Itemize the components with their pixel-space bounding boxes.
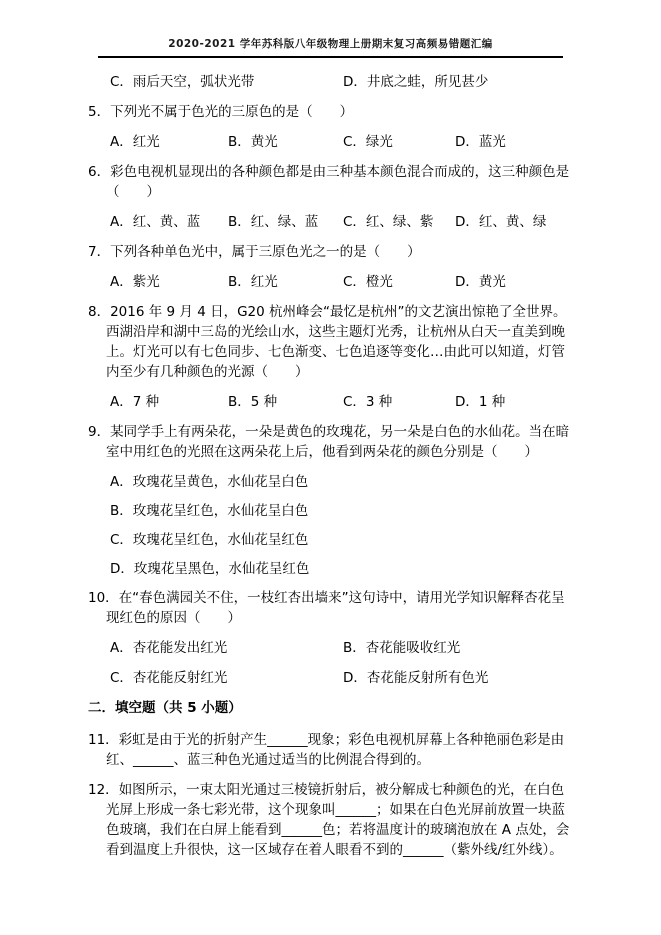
question-10-option-b: B．杏花能吸收红光 xyxy=(343,638,576,658)
question-6-option-a: A．红、黄、蓝 xyxy=(110,212,228,232)
question-8-option-b: B．5 种 xyxy=(228,392,343,412)
question-5-option-a: A．红光 xyxy=(110,132,228,152)
page-header-area: 2020-2021 学年苏科版八年级物理上册期末复习高频易错题汇编 xyxy=(0,0,661,58)
question-7-text: 下列各种单色光中，属于三原色光之一的是（ ） xyxy=(110,244,421,260)
question-9: 9．某同学手上有两朵花，一朵是黄色的玫瑰花，另一朵是白色的水仙花。当在暗室中用红… xyxy=(88,422,576,462)
question-6-text: 彩色电视机显现出的各种颜色都是由三种基本颜色混合而成的，这三种颜色是（ ） xyxy=(106,164,569,200)
question-7-option-d: D．黄光 xyxy=(455,272,576,292)
question-5-option-c: C．绿光 xyxy=(343,132,455,152)
question-10-options-row-1: A．杏花能发出红光 B．杏花能吸收红光 xyxy=(88,638,576,658)
question-9-option-d: D．玫瑰花呈黑色，水仙花呈红色 xyxy=(88,559,576,579)
question-8: 8．2016 年 9 月 4 日，G20 杭州峰会“最忆是杭州”的文艺演出惊艳了… xyxy=(88,302,576,382)
question-5-number: 5． xyxy=(88,104,110,120)
question-12-number: 12． xyxy=(88,782,119,798)
question-9-option-a: A．玫瑰花呈黄色，水仙花呈白色 xyxy=(88,472,576,492)
question-6-number: 6． xyxy=(88,164,110,180)
question-10: 10．在“春色满园关不住，一枝红杏出墙来”这句诗中，请用光学知识解释杏花呈现红色… xyxy=(88,588,576,628)
question-5-option-b: B．黄光 xyxy=(228,132,343,152)
page-title: 2020-2021 学年苏科版八年级物理上册期末复习高频易错题汇编 xyxy=(98,36,563,58)
question-8-number: 8． xyxy=(88,304,110,320)
question-6: 6．彩色电视机显现出的各种颜色都是由三种基本颜色混合而成的，这三种颜色是（ ） xyxy=(88,162,576,202)
question-10-number: 10． xyxy=(88,590,119,606)
question-5-options-row: A．红光 B．黄光 C．绿光 D．蓝光 xyxy=(88,132,576,152)
question-8-option-d: D．1 种 xyxy=(455,392,576,412)
question-5-option-d: D．蓝光 xyxy=(455,132,576,152)
question-8-option-a: A．7 种 xyxy=(110,392,228,412)
question-8-option-c: C．3 种 xyxy=(343,392,455,412)
question-4-option-c: C．雨后天空，弧状光带 xyxy=(110,72,343,92)
question-9-option-c: C．玫瑰花呈红色，水仙花呈红色 xyxy=(88,530,576,550)
question-10-option-c: C．杏花能反射红光 xyxy=(110,668,343,688)
question-10-option-d: D．杏花能反射所有色光 xyxy=(343,668,576,688)
question-6-option-b: B．红、绿、蓝 xyxy=(228,212,343,232)
question-6-options-row: A．红、黄、蓝 B．红、绿、蓝 C．红、绿、紫 D．红、黄、绿 xyxy=(88,212,576,232)
question-11-number: 11． xyxy=(88,732,119,748)
question-8-text: 2016 年 9 月 4 日，G20 杭州峰会“最忆是杭州”的文艺演出惊艳了全世… xyxy=(106,304,567,380)
question-4-option-d: D．井底之蛙，所见甚少 xyxy=(343,72,576,92)
document-body: C．雨后天空，弧状光带 D．井底之蛙，所见甚少 5．下列光不属于色光的三原色的是… xyxy=(88,72,576,860)
question-10-options-row-2: C．杏花能反射红光 D．杏花能反射所有色光 xyxy=(88,668,576,688)
question-6-option-c: C．红、绿、紫 xyxy=(343,212,455,232)
question-5: 5．下列光不属于色光的三原色的是（ ） xyxy=(88,102,576,122)
question-10-text: 在“春色满园关不住，一枝红杏出墙来”这句诗中，请用光学知识解释杏花呈现红色的原因… xyxy=(106,590,565,626)
question-11-text: 彩虹是由于光的折射产生______现象；彩色电视机屏幕上各种艳丽色彩是由红、__… xyxy=(106,732,564,768)
section-2-title: 二．填空题（共 5 小题） xyxy=(88,698,576,718)
question-9-number: 9． xyxy=(88,424,110,440)
question-7-options-row: A．紫光 B．红光 C．橙光 D．黄光 xyxy=(88,272,576,292)
question-5-text: 下列光不属于色光的三原色的是（ ） xyxy=(110,104,353,120)
question-4-options-row: C．雨后天空，弧状光带 D．井底之蛙，所见甚少 xyxy=(88,72,576,92)
question-9-text: 某同学手上有两朵花，一朵是黄色的玫瑰花，另一朵是白色的水仙花。当在暗室中用红色的… xyxy=(106,424,569,460)
question-7-option-a: A．紫光 xyxy=(110,272,228,292)
question-11: 11．彩虹是由于光的折射产生______现象；彩色电视机屏幕上各种艳丽色彩是由红… xyxy=(88,730,576,770)
question-9-option-b: B．玫瑰花呈红色，水仙花呈白色 xyxy=(88,501,576,521)
question-7-number: 7． xyxy=(88,244,110,260)
question-12: 12．如图所示，一束太阳光通过三棱镜折射后，被分解成七种颜色的光，在白色光屏上形… xyxy=(88,780,576,860)
question-7-option-c: C．橙光 xyxy=(343,272,455,292)
question-6-option-d: D．红、黄、绿 xyxy=(455,212,576,232)
question-10-option-a: A．杏花能发出红光 xyxy=(110,638,343,658)
question-7: 7．下列各种单色光中，属于三原色光之一的是（ ） xyxy=(88,242,576,262)
question-7-option-b: B．红光 xyxy=(228,272,343,292)
question-8-options-row: A．7 种 B．5 种 C．3 种 D．1 种 xyxy=(88,392,576,412)
question-12-text: 如图所示，一束太阳光通过三棱镜折射后，被分解成七种颜色的光，在白色光屏上形成一条… xyxy=(106,782,569,858)
